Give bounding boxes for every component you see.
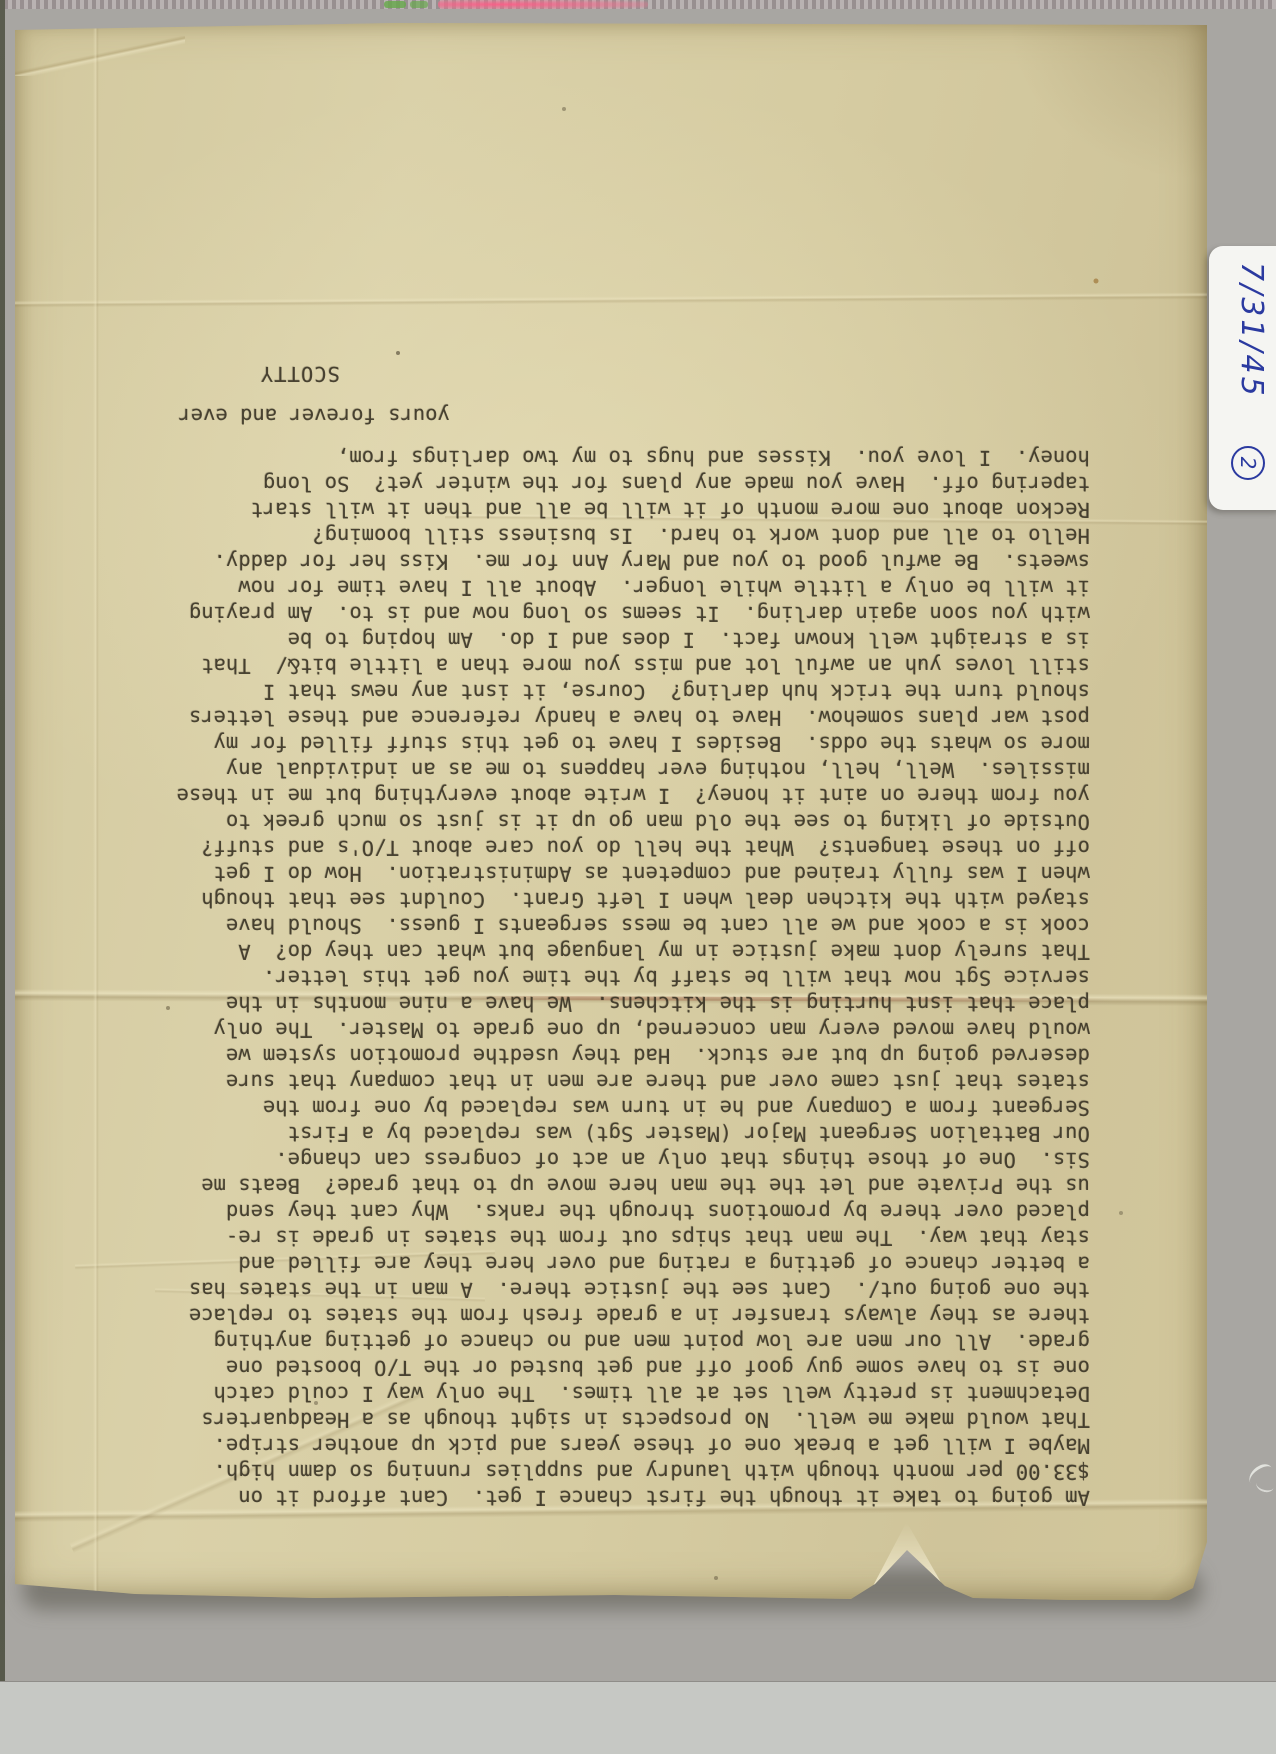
pink-edge-mark bbox=[438, 0, 648, 9]
paper-specks bbox=[15, 22, 17, 24]
green-edge-mark bbox=[384, 1, 406, 8]
letter-signature: SCOTTY bbox=[165, 361, 340, 387]
green-edge-mark bbox=[410, 1, 428, 8]
label-circled-number: 2 bbox=[1231, 446, 1265, 480]
scanner-top-edge-band bbox=[0, 0, 1276, 9]
typewritten-letter-upside-down: Am going to take it though the first cha… bbox=[15, 22, 1207, 1600]
letter-body-text: Am going to take it though the first cha… bbox=[165, 445, 1090, 1511]
dust-thread bbox=[1255, 1476, 1276, 1493]
scanned-letter-page: Am going to take it though the first cha… bbox=[0, 0, 1276, 1754]
archive-label-sticker: 7/31/45 2 bbox=[1209, 246, 1276, 510]
letter-paper: Am going to take it though the first cha… bbox=[15, 22, 1207, 1600]
scan-left-dark-edge bbox=[0, 0, 5, 1754]
label-handwritten-date: 7/31/45 bbox=[1234, 262, 1269, 399]
letter-closing: yours forever and ever bbox=[165, 403, 450, 429]
scanner-lower-strip bbox=[0, 1681, 1276, 1754]
